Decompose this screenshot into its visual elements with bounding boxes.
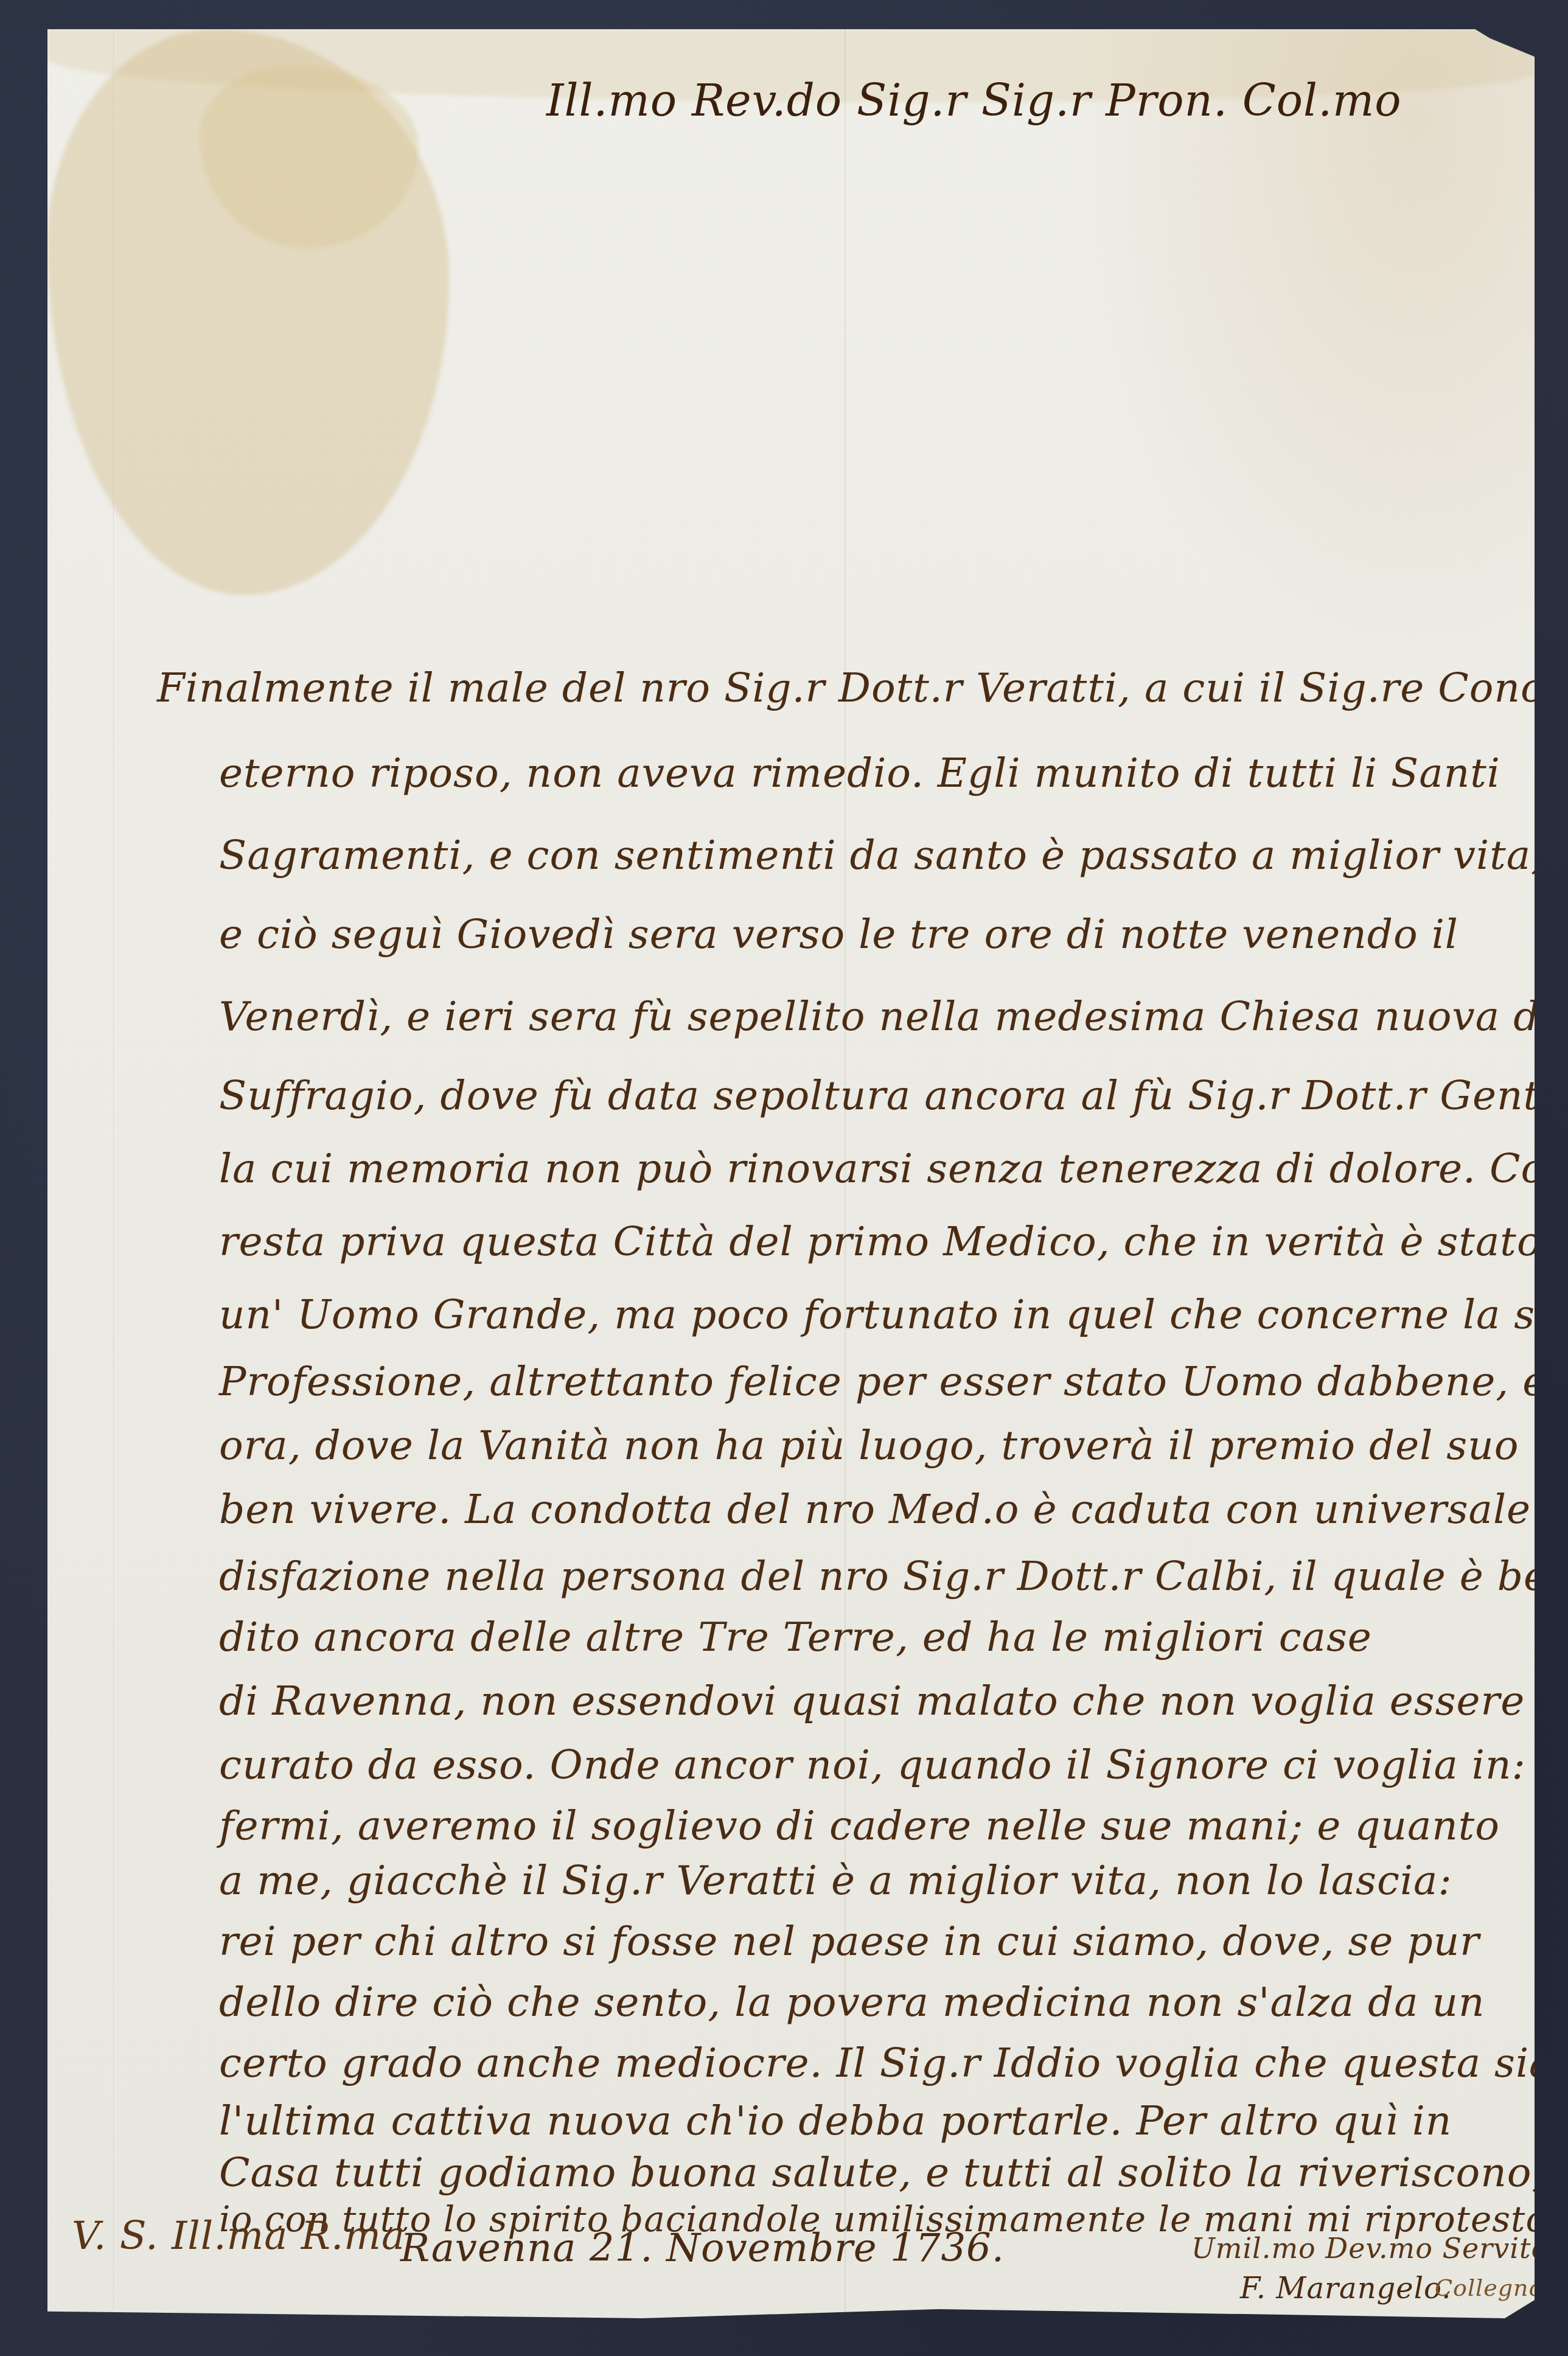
body-line: un' Uomo Grande, ma poco fortunato in qu…: [219, 1295, 1568, 1335]
place-date: Ravenna 21. Novembre 1736.: [400, 2226, 1005, 2271]
signature-annotation: Collegno: [1435, 2274, 1543, 2301]
body-line: la cui memoria non può rinovarsi senza t…: [219, 1149, 1568, 1189]
body-line: Casa tutti godiamo buona salute, e tutti…: [219, 2153, 1568, 2193]
signature-name: F. Marangelo.: [1240, 2271, 1451, 2305]
body-line: curato da esso. Onde ancor noi, quando i…: [219, 1745, 1526, 1785]
body-line: disfazione nella persona del nro Sig.r D…: [219, 1556, 1568, 1597]
body-line: Finalmente il male del nro Sig.r Dott.r …: [157, 668, 1568, 708]
closing-address: V. S. Ill.ma R.ma: [72, 2214, 405, 2259]
body-line: resta priva questa Città del primo Medic…: [219, 1222, 1542, 1262]
body-line: rei per chi altro si fosse nel paese in …: [219, 1922, 1480, 1962]
mount-background: Ill.mo Rev.do Sig.r Sig.r Pron. Col.mo F…: [0, 0, 1568, 2356]
letter-page: Ill.mo Rev.do Sig.r Sig.r Pron. Col.mo F…: [47, 29, 1535, 2318]
body-line: Sagramenti, e con sentimenti da santo è …: [219, 835, 1544, 876]
body-line: ora, dove la Vanità non ha più luogo, tr…: [219, 1426, 1519, 1466]
body-line: e ciò seguì Giovedì sera verso le tre or…: [219, 915, 1458, 955]
body-line: certo grado anche mediocre. Il Sig.r Idd…: [219, 2043, 1553, 2083]
body-line: dito ancora delle altre Tre Terre, ed ha…: [219, 1617, 1372, 1657]
signature-formula: Umil.mo Dev.mo Servitore Obbligatiss.mo: [1191, 2232, 1568, 2265]
body-line: Suffragio, dove fù data sepoltura ancora…: [219, 1076, 1568, 1116]
body-line: eterno riposo, non aveva rimedio. Egli m…: [219, 753, 1500, 793]
body-line: ben vivere. La condotta del nro Med.o è …: [219, 1490, 1568, 1530]
body-line: l'ultima cattiva nuova ch'io debba porta…: [219, 2101, 1452, 2141]
body-line: di Ravenna, non essendovi quasi malato c…: [219, 1681, 1525, 1721]
margin-crease: [113, 29, 114, 2318]
body-line: dello dire ciò che sento, la povera medi…: [219, 1982, 1485, 2023]
body-line: a me, giacchè il Sig.r Veratti è a migli…: [219, 1861, 1452, 1901]
body-line: Professione, altrettanto felice per esse…: [219, 1362, 1568, 1402]
body-line: fermi, averemo il soglievo di cadere nel…: [219, 1806, 1500, 1846]
salutation: Ill.mo Rev.do Sig.r Sig.r Pron. Col.mo: [546, 75, 1402, 126]
body-line: Venerdì, e ieri sera fù sepellito nella …: [219, 997, 1568, 1037]
